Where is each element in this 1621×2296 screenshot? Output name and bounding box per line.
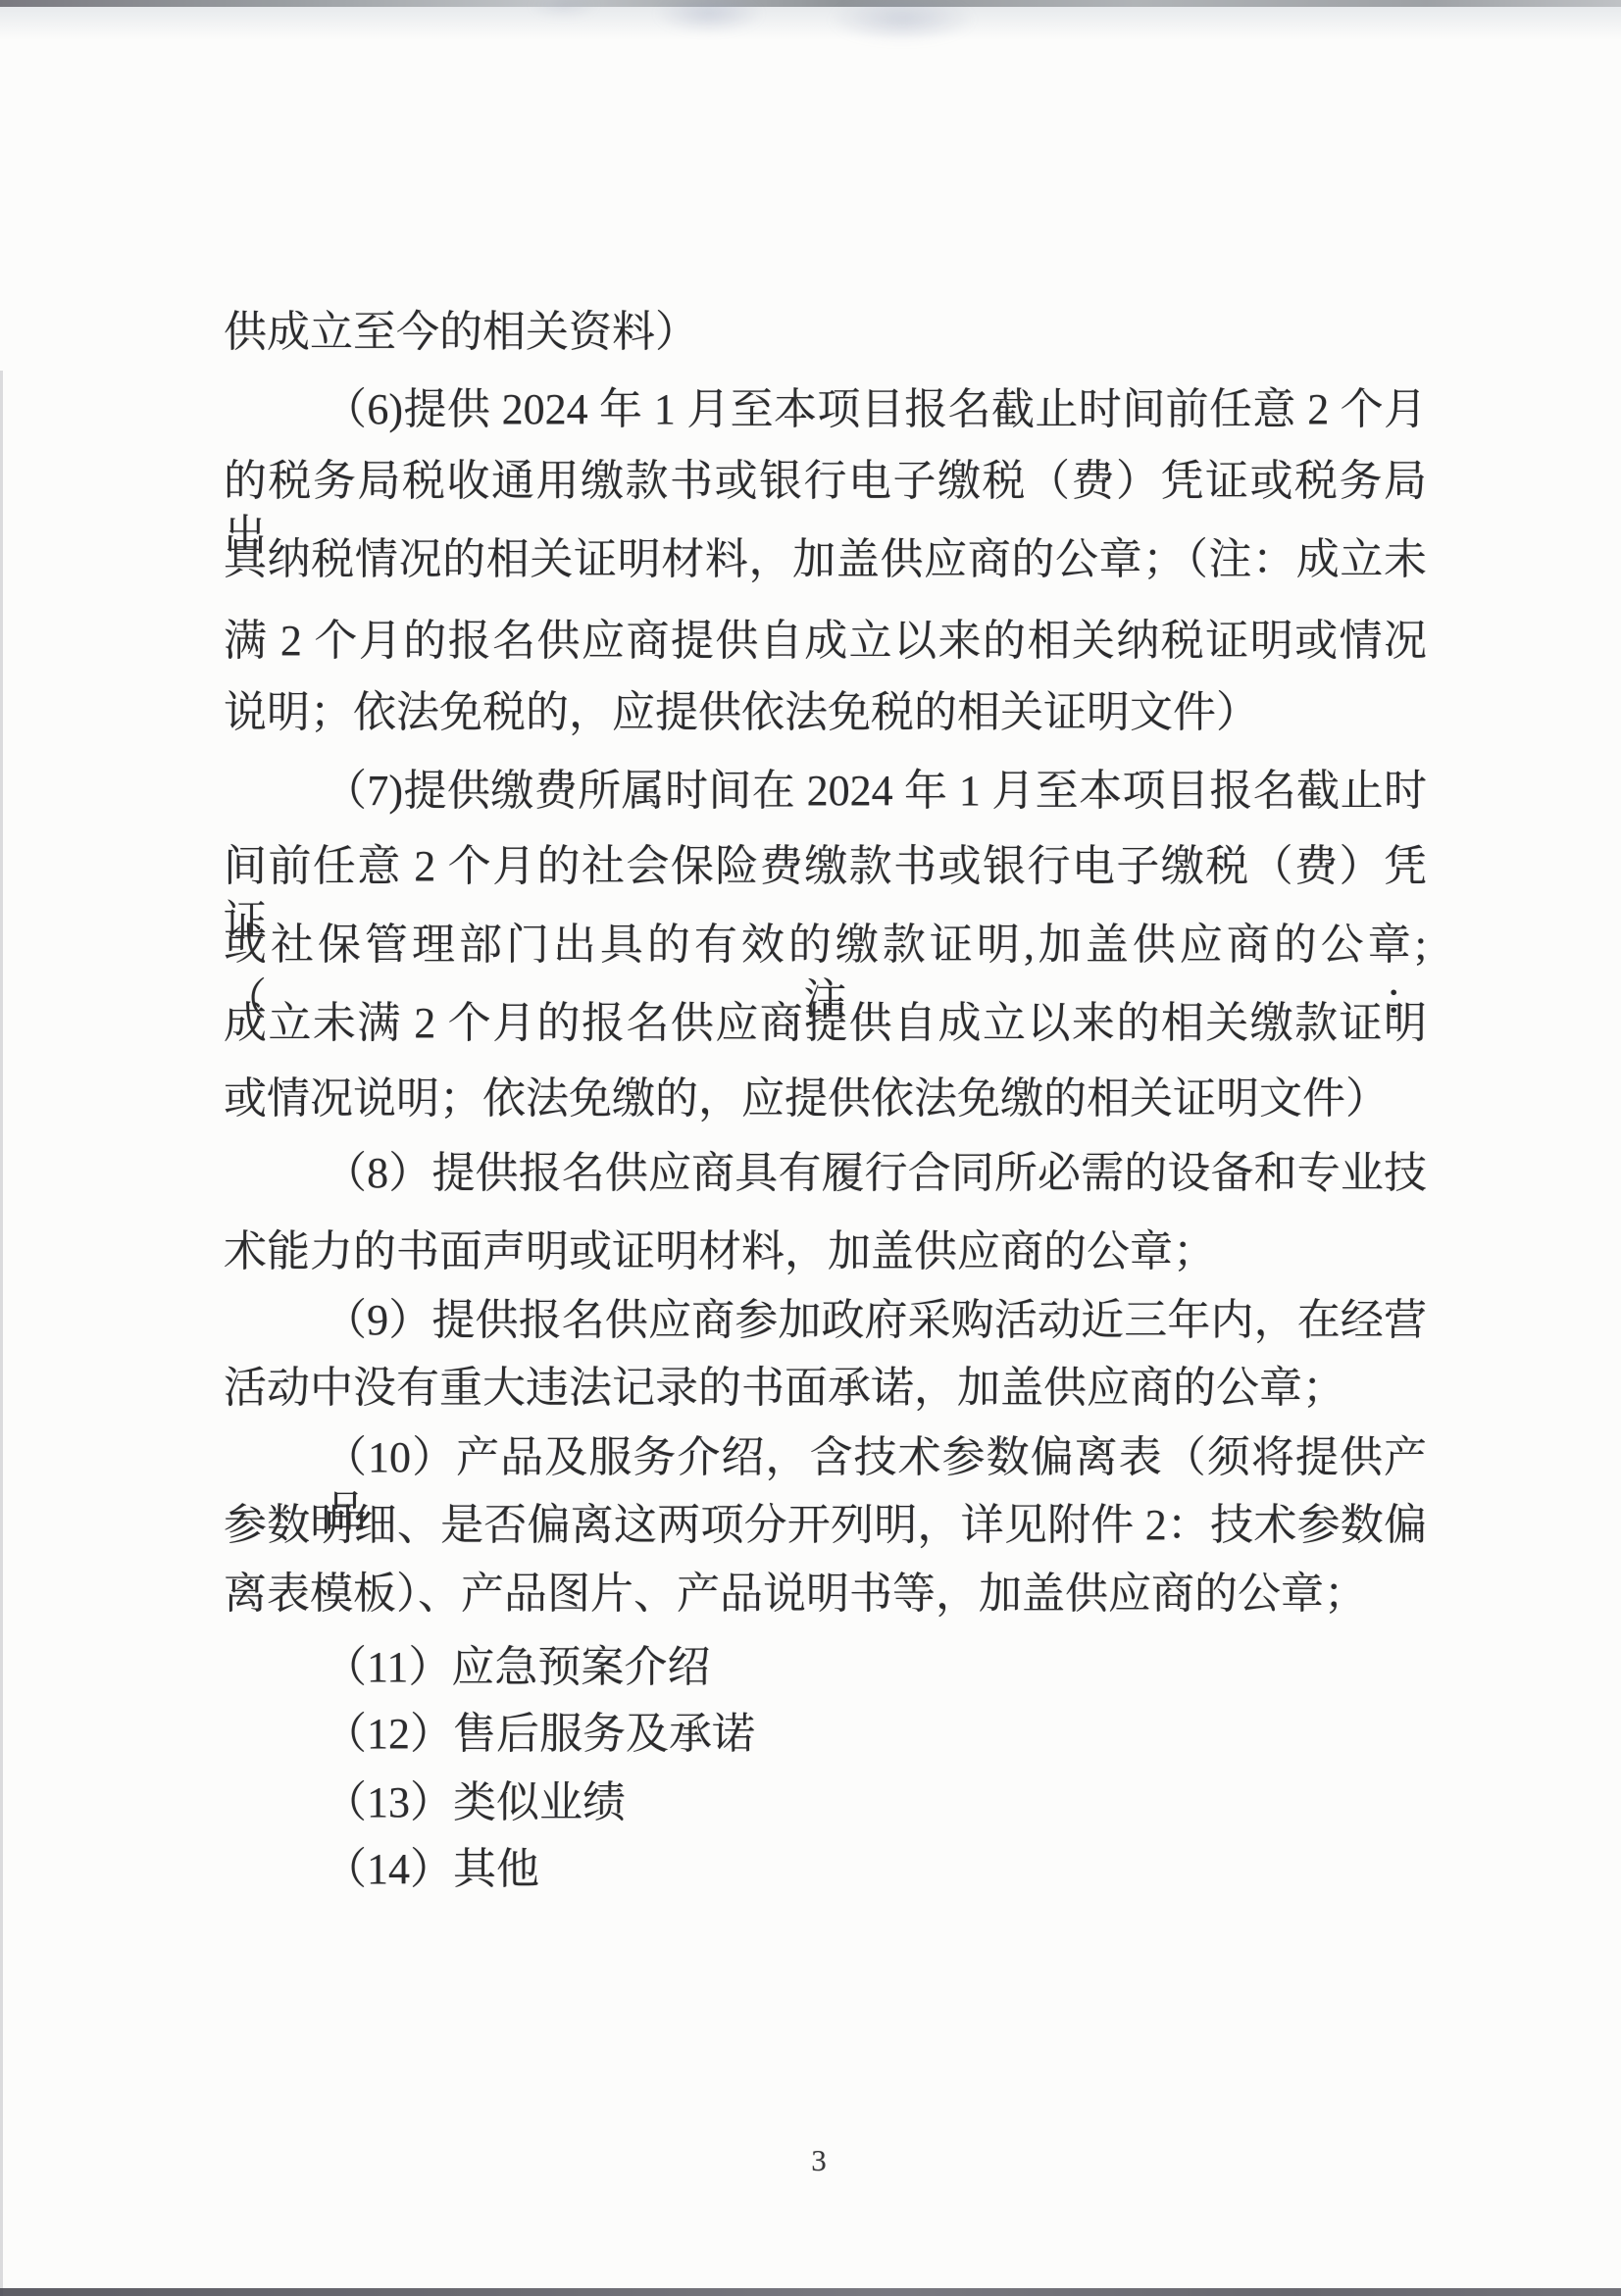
text-line: 术能力的书面声明或证明材料，加盖供应商的公章；: [224, 1224, 1216, 1279]
text-line: 说明；依法免税的，应提供依法免税的相关证明文件）: [224, 685, 1259, 740]
scan-haze-top: [0, 7, 1621, 40]
page-number: 3: [745, 2143, 892, 2178]
text-line: （7)提供缴费所属时间在 2024 年 1 月至本项目报名截止时: [324, 764, 1427, 819]
scan-edge-top: [0, 0, 1621, 7]
text-line: （12）售后服务及承诺: [324, 1707, 755, 1762]
text-line: 成立未满 2 个月的报名供应商提供自成立以来的相关缴款证明: [224, 996, 1427, 1051]
text-line: 具纳税情况的相关证明材料，加盖供应商的公章；（注：成立未: [224, 532, 1427, 587]
text-line: （11）应急预案介绍: [324, 1640, 710, 1695]
text-line: 参数明细、是否偏离这两项分开列明，详见附件 2：技术参数偏: [224, 1498, 1427, 1553]
text-line: （9）提供报名供应商参加政府采购活动近三年内，在经营: [324, 1293, 1427, 1348]
text-line: （13）类似业绩: [324, 1775, 626, 1830]
text-line: （6)提供 2024 年 1 月至本项目报名截止时间前任意 2 个月: [324, 382, 1427, 437]
document-page: 供成立至今的相关资料）（6)提供 2024 年 1 月至本项目报名截止时间前任意…: [0, 0, 1621, 2296]
text-line: 活动中没有重大违法记录的书面承诺，加盖供应商的公章；: [224, 1361, 1345, 1416]
text-line: （14）其他: [324, 1842, 539, 1897]
scan-edge-left: [0, 371, 3, 2296]
text-line: 或情况说明；依法免缴的，应提供依法免缴的相关证明文件）: [224, 1072, 1389, 1126]
text-line: 离表模板）、产品图片、产品说明书等，加盖供应商的公章；: [224, 1567, 1367, 1622]
scan-edge-bottom: [0, 2288, 1621, 2296]
text-line: 满 2 个月的报名供应商提供自成立以来的相关纳税证明或情况: [224, 614, 1427, 669]
text-line: （8）提供报名供应商具有履行合同所必需的设备和专业技: [324, 1146, 1427, 1201]
text-line: 供成立至今的相关资料）: [224, 305, 698, 360]
